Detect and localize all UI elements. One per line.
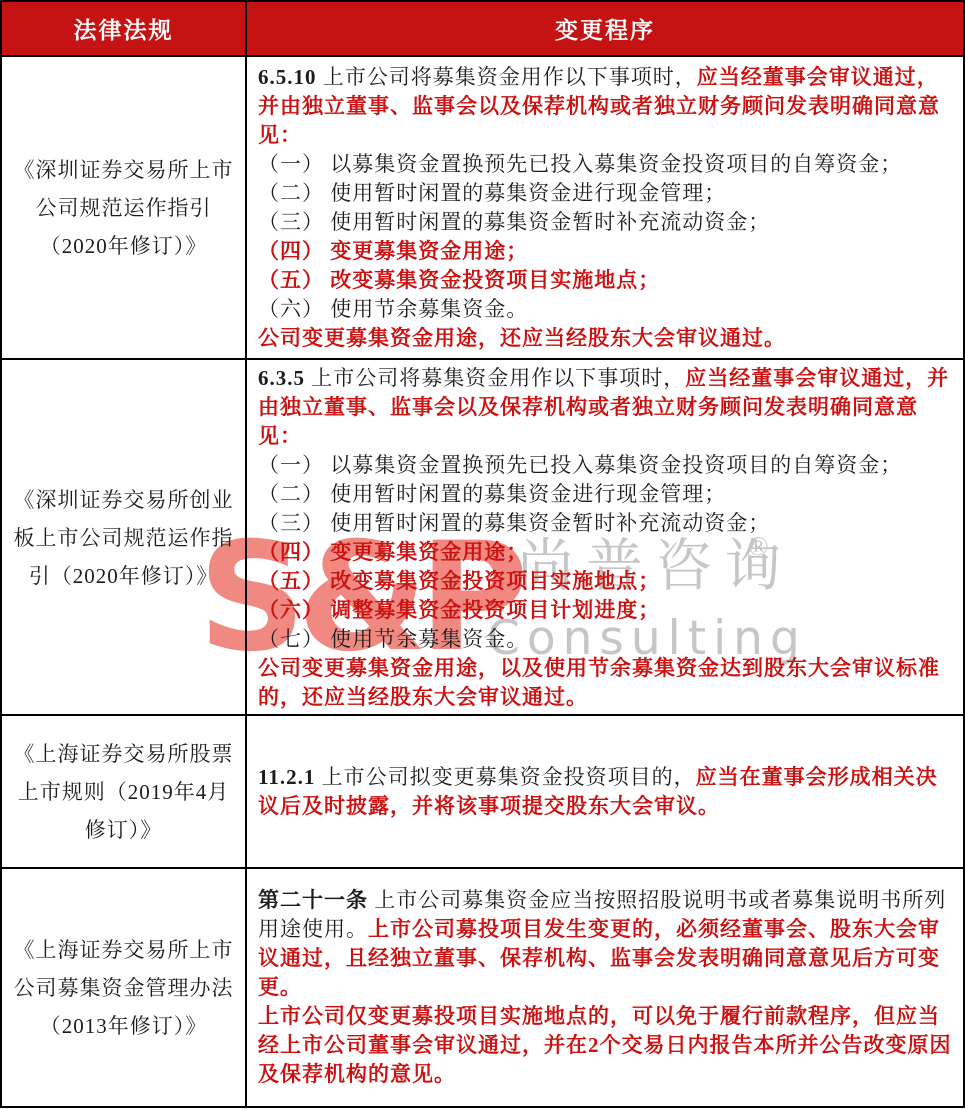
text-segment: 上市公司将募集资金用作以下事项时， [311,366,685,390]
law-cell: 《上海证券交易所股票上市规则（2019年4月修订）》 [2,716,247,867]
table-row: 《深圳证券交易所上市公司规范运作指引（2020年修订）》6.5.10 上市公司将… [2,57,963,360]
procedure-paragraph: 第二十一条 上市公司募集资金应当按照招股说明书或者募集说明书所列用途使用。上市公… [258,886,955,1002]
text-segment: （六） 使用节余募集资金。 [258,297,528,321]
text-segment: （二） 使用暂时闲置的募集资金进行现金管理； [258,181,726,205]
procedure-paragraph: （六） 调整募集资金投资项目计划进度； [258,596,955,625]
procedure-cell: 6.5.10 上市公司将募集资金用作以下事项时，应当经董事会审议通过，并由独立董… [247,57,963,358]
procedure-paragraph: （一） 以募集资金置换预先已投入募集资金投资项目的自筹资金； [258,451,955,480]
table-row: 《上海证券交易所上市公司募集资金管理办法（2013年修订）》第二十一条 上市公司… [2,869,963,1106]
text-segment: 第二十一条 [258,888,374,912]
law-title: 《深圳证券交易所上市公司规范运作指引（2020年修订）》 [11,151,236,265]
procedure-paragraph: （四） 变更募集资金用途； [258,538,955,567]
procedure-paragraph: （五） 改变募集资金投资项目实施地点； [258,266,955,295]
law-cell: 《深圳证券交易所上市公司规范运作指引（2020年修订）》 [2,57,247,358]
table-row: 《深圳证券交易所创业板上市公司规范运作指引（2020年修订）》6.3.5 上市公… [2,360,963,716]
procedure-paragraph: （六） 使用节余募集资金。 [258,295,955,324]
law-procedure-table: 法律法规 变更程序 《深圳证券交易所上市公司规范运作指引（2020年修订）》6.… [0,0,965,1108]
procedure-paragraph: （一） 以募集资金置换预先已投入募集资金投资项目的自筹资金； [258,150,955,179]
procedure-paragraph: （七） 使用节余募集资金。 [258,625,955,654]
procedure-paragraph: （五） 改变募集资金投资项目实施地点； [258,567,955,596]
law-title: 《上海证券交易所股票上市规则（2019年4月修订）》 [11,735,236,849]
text-segment: 11.2.1 [258,765,322,789]
procedure-cell: 6.3.5 上市公司将募集资金用作以下事项时，应当经董事会审议通过，并由独立董事… [247,360,963,716]
table-row: 《上海证券交易所股票上市规则（2019年4月修订）》11.2.1 上市公司拟变更… [2,716,963,869]
procedure-paragraph: （三） 使用暂时闲置的募集资金暂时补充流动资金； [258,208,955,237]
law-title: 《深圳证券交易所创业板上市公司规范运作指引（2020年修订）》 [11,481,236,595]
procedure-paragraph: （四） 变更募集资金用途； [258,237,955,266]
text-segment: 公司变更募集资金用途，以及使用节余募集资金达到股东大会审议标准的，还应当经股东大… [258,656,940,709]
procedure-cell: 第二十一条 上市公司募集资金应当按照招股说明书或者募集说明书所列用途使用。上市公… [247,869,963,1106]
text-segment: （七） 使用节余募集资金。 [258,627,528,651]
procedure-paragraph: 公司变更募集资金用途，还应当经股东大会审议通过。 [258,324,955,353]
procedure-paragraph: 11.2.1 上市公司拟变更募集资金投资项目的，应当在董事会形成相关决议后及时披… [258,763,955,821]
procedure-cell: 11.2.1 上市公司拟变更募集资金投资项目的，应当在董事会形成相关决议后及时披… [247,716,963,867]
text-segment: （四） 变更募集资金用途； [258,239,528,263]
text-segment: （一） 以募集资金置换预先已投入募集资金投资项目的自筹资金； [258,453,902,477]
text-segment: 上市公司拟变更募集资金投资项目的， [322,765,696,789]
text-segment: 上市公司将募集资金用作以下事项时， [323,65,697,89]
procedure-paragraph: （三） 使用暂时闲置的募集资金暂时补充流动资金； [258,509,955,538]
text-segment: （三） 使用暂时闲置的募集资金暂时补充流动资金； [258,511,770,535]
text-segment: （四） 变更募集资金用途； [258,540,528,564]
text-segment: 公司变更募集资金用途，还应当经股东大会审议通过。 [258,326,786,350]
text-segment: （二） 使用暂时闲置的募集资金进行现金管理； [258,482,726,506]
text-segment: （一） 以募集资金置换预先已投入募集资金投资项目的自筹资金； [258,152,902,176]
text-segment: （六） 调整募集资金投资项目计划进度； [258,598,660,622]
header-cell-law: 法律法规 [2,2,247,55]
text-segment: （五） 改变募集资金投资项目实施地点； [258,569,660,593]
text-segment: （三） 使用暂时闲置的募集资金暂时补充流动资金； [258,210,770,234]
regulation-table-document: S&P 尚普咨询 ® Consulting 法律法规 变更程序 《深圳证券交易所… [0,0,965,1110]
table-header-row: 法律法规 变更程序 [2,2,963,57]
text-segment: 上市公司仅变更募投项目实施地点的，可以免于履行前款程序，但应当经上市公司董事会审… [258,1004,952,1086]
procedure-paragraph: 6.5.10 上市公司将募集资金用作以下事项时，应当经董事会审议通过，并由独立董… [258,63,955,150]
procedure-paragraph: （二） 使用暂时闲置的募集资金进行现金管理； [258,480,955,509]
text-segment: 6.5.10 [258,65,323,89]
procedure-paragraph: 6.3.5 上市公司将募集资金用作以下事项时，应当经董事会审议通过，并由独立董事… [258,364,955,451]
law-cell: 《深圳证券交易所创业板上市公司规范运作指引（2020年修订）》 [2,360,247,716]
law-title: 《上海证券交易所上市公司募集资金管理办法（2013年修订）》 [11,931,236,1045]
law-cell: 《上海证券交易所上市公司募集资金管理办法（2013年修订）》 [2,869,247,1106]
procedure-paragraph: （二） 使用暂时闲置的募集资金进行现金管理； [258,179,955,208]
text-segment: （五） 改变募集资金投资项目实施地点； [258,268,660,292]
text-segment: 6.3.5 [258,366,311,390]
procedure-paragraph: 上市公司仅变更募投项目实施地点的，可以免于履行前款程序，但应当经上市公司董事会审… [258,1002,955,1089]
table-body: 《深圳证券交易所上市公司规范运作指引（2020年修订）》6.5.10 上市公司将… [2,57,963,1106]
procedure-paragraph: 公司变更募集资金用途，以及使用节余募集资金达到股东大会审议标准的，还应当经股东大… [258,654,955,712]
header-cell-procedure: 变更程序 [247,2,963,55]
